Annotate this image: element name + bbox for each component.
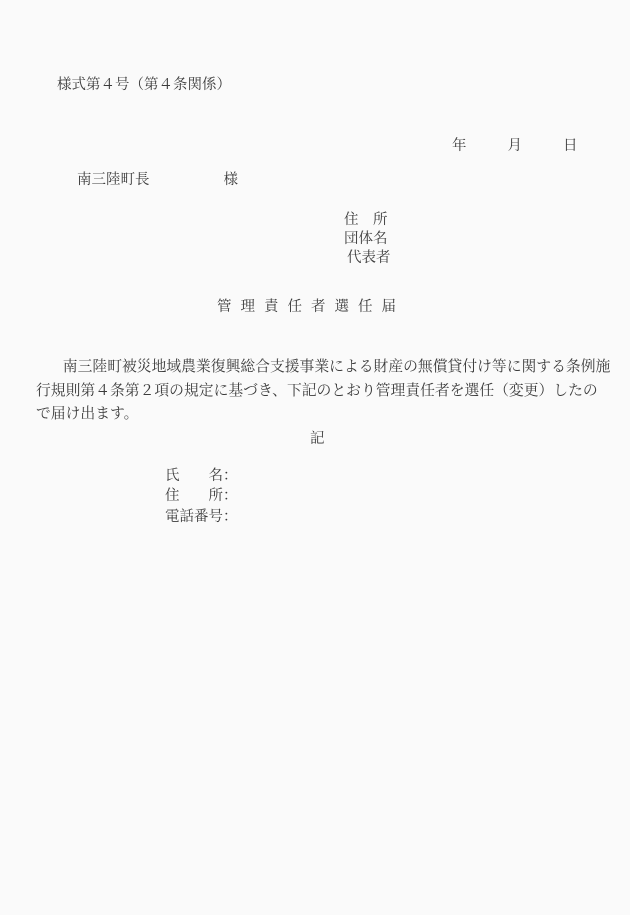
document-page: 様式第４号（第４条関係） 年 月 日 南三陸町長 様 住 所 団体名 代表者 管… bbox=[0, 0, 630, 915]
paragraph-line: で届け出ます。 bbox=[36, 403, 614, 427]
document-title: 管理責任者選任届 bbox=[217, 300, 405, 316]
date-day-label: 日 bbox=[563, 139, 578, 155]
paragraph-line: 南三陸町被災地域農業復興総合支援事業による財産の無償貸付け等に関する条例施 bbox=[36, 356, 614, 380]
addressee-name: 南三陸町長 bbox=[77, 173, 150, 189]
sender-address-label: 住 所 bbox=[344, 211, 391, 230]
field-name-label: 氏 名： bbox=[165, 466, 238, 486]
form-number: 様式第４号（第４条関係） bbox=[57, 78, 231, 94]
addressee-honorific: 様 bbox=[224, 173, 239, 189]
paragraph-line: 行規則第４条第２項の規定に基づき、下記のとおり管理責任者を選任（変更）したの bbox=[36, 380, 614, 404]
detail-fields: 氏 名： 住 所： 電話番号： bbox=[165, 466, 238, 527]
addressee-line: 南三陸町長 様 bbox=[77, 173, 238, 189]
date-line: 年 月 日 bbox=[452, 139, 578, 155]
body-paragraph: 南三陸町被災地域農業復興総合支援事業による財産の無償貸付け等に関する条例施 行規… bbox=[36, 356, 614, 427]
field-address-label: 住 所： bbox=[165, 486, 238, 506]
date-year-label: 年 bbox=[452, 139, 467, 155]
sender-representative-label: 代表者 bbox=[344, 249, 391, 268]
record-marker: 記 bbox=[310, 432, 325, 448]
field-phone-label: 電話番号： bbox=[165, 507, 238, 527]
date-month-label: 月 bbox=[508, 139, 523, 155]
sender-block: 住 所 団体名 代表者 bbox=[344, 211, 391, 267]
sender-organization-label: 団体名 bbox=[344, 230, 391, 249]
